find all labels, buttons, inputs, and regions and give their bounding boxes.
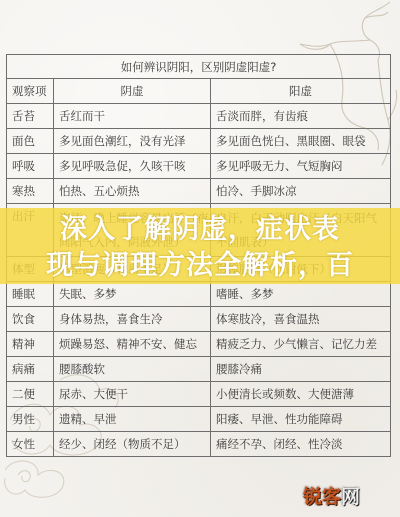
yin-cell: 多见面色潮红，没有光泽 — [54, 129, 211, 154]
yin-cell: 腰膝酸软 — [54, 357, 211, 382]
table-row: 女性 经少、闭经（物质不足） 痛经不孕、闭经、性冷淡 — [7, 432, 391, 457]
table-row: 病痛 腰膝酸软 腰膝冷痛 — [7, 357, 391, 382]
table-row: 饮食 身体易热，喜食生冷 体寒肢冷，喜食温热 — [7, 307, 391, 332]
yang-cell: 舌淡而胖，有齿痕 — [211, 104, 391, 129]
yang-cell: 多见面色恍白、黑眼圈、眼袋 — [211, 129, 391, 154]
row-item: 精神 — [7, 332, 54, 357]
row-item: 呼吸 — [7, 154, 54, 179]
row-item: 女性 — [7, 432, 54, 457]
row-item: 面色 — [7, 129, 54, 154]
row-item: 二便 — [7, 382, 54, 407]
column-header-yin-deficiency: 阴虚 — [54, 79, 211, 104]
yang-cell: 阳痿、早泄、性功能障碍 — [211, 407, 391, 432]
column-header-item: 观察项 — [7, 79, 54, 104]
yin-cell: 身体易热，喜食生冷 — [54, 307, 211, 332]
yang-cell: 嗜睡、多梦 — [211, 282, 391, 307]
row-item: 男性 — [7, 407, 54, 432]
column-header-yang-deficiency: 阳虚 — [211, 79, 391, 104]
yin-cell: 多见呼吸急促，久咳干咳 — [54, 154, 211, 179]
table-row: 呼吸 多见呼吸急促，久咳干咳 多见呼吸无力、气短胸闷 — [7, 154, 391, 179]
site-watermark-logo: 锐客网 — [303, 482, 360, 509]
headline-banner[interactable]: 深入了解阴虚，症状表 现与调理方法全解析，百 — [0, 212, 400, 284]
row-item: 饮食 — [7, 307, 54, 332]
yang-cell: 腰膝冷痛 — [211, 357, 391, 382]
table-row: 二便 尿赤、大便干 小便清长或频数、大便溏薄 — [7, 382, 391, 407]
row-item: 舌苔 — [7, 104, 54, 129]
table-row: 精神 烦躁易怒、精神不安、健忘 精疲乏力、少气懒言、记忆力差 — [7, 332, 391, 357]
yin-cell: 尿赤、大便干 — [54, 382, 211, 407]
table-title: 如何辨识阴阳，区别阴虚阳虚? — [7, 55, 391, 79]
table-row: 寒热 怕热、五心烦热 怕冷、手脚冰凉 — [7, 179, 391, 204]
yin-cell: 遗精、早泄 — [54, 407, 211, 432]
yang-cell: 精疲乏力、少气懒言、记忆力差 — [211, 332, 391, 357]
table-row: 男性 遗精、早泄 阳痿、早泄、性功能障碍 — [7, 407, 391, 432]
headline-line-2: 现与调理方法全解析，百 — [0, 248, 400, 284]
yang-cell: 小便清长或频数、大便溏薄 — [211, 382, 391, 407]
row-item: 病痛 — [7, 357, 54, 382]
yin-cell: 失眠、多梦 — [54, 282, 211, 307]
row-item: 睡眠 — [7, 282, 54, 307]
yang-cell: 痛经不孕、闭经、性冷淡 — [211, 432, 391, 457]
yang-cell: 多见呼吸无力、气短胸闷 — [211, 154, 391, 179]
yin-cell: 经少、闭经（物质不足） — [54, 432, 211, 457]
headline-line-1: 深入了解阴虚，症状表 — [0, 212, 400, 248]
row-item: 寒热 — [7, 179, 54, 204]
yin-cell: 怕热、五心烦热 — [54, 179, 211, 204]
watermark-part-2: 网 — [341, 486, 360, 508]
table-row: 舌苔 舌红而干 舌淡而胖，有齿痕 — [7, 104, 391, 129]
yin-cell: 舌红而干 — [54, 104, 211, 129]
yin-cell: 烦躁易怒、精神不安、健忘 — [54, 332, 211, 357]
yang-cell: 怕冷、手脚冰凉 — [211, 179, 391, 204]
table-row: 睡眠 失眠、多梦 嗜睡、多梦 — [7, 282, 391, 307]
watermark-part-1: 锐客 — [303, 486, 341, 508]
table-row: 面色 多见面色潮红，没有光泽 多见面色恍白、黑眼圈、眼袋 — [7, 129, 391, 154]
yang-cell: 体寒肢冷，喜食温热 — [211, 307, 391, 332]
